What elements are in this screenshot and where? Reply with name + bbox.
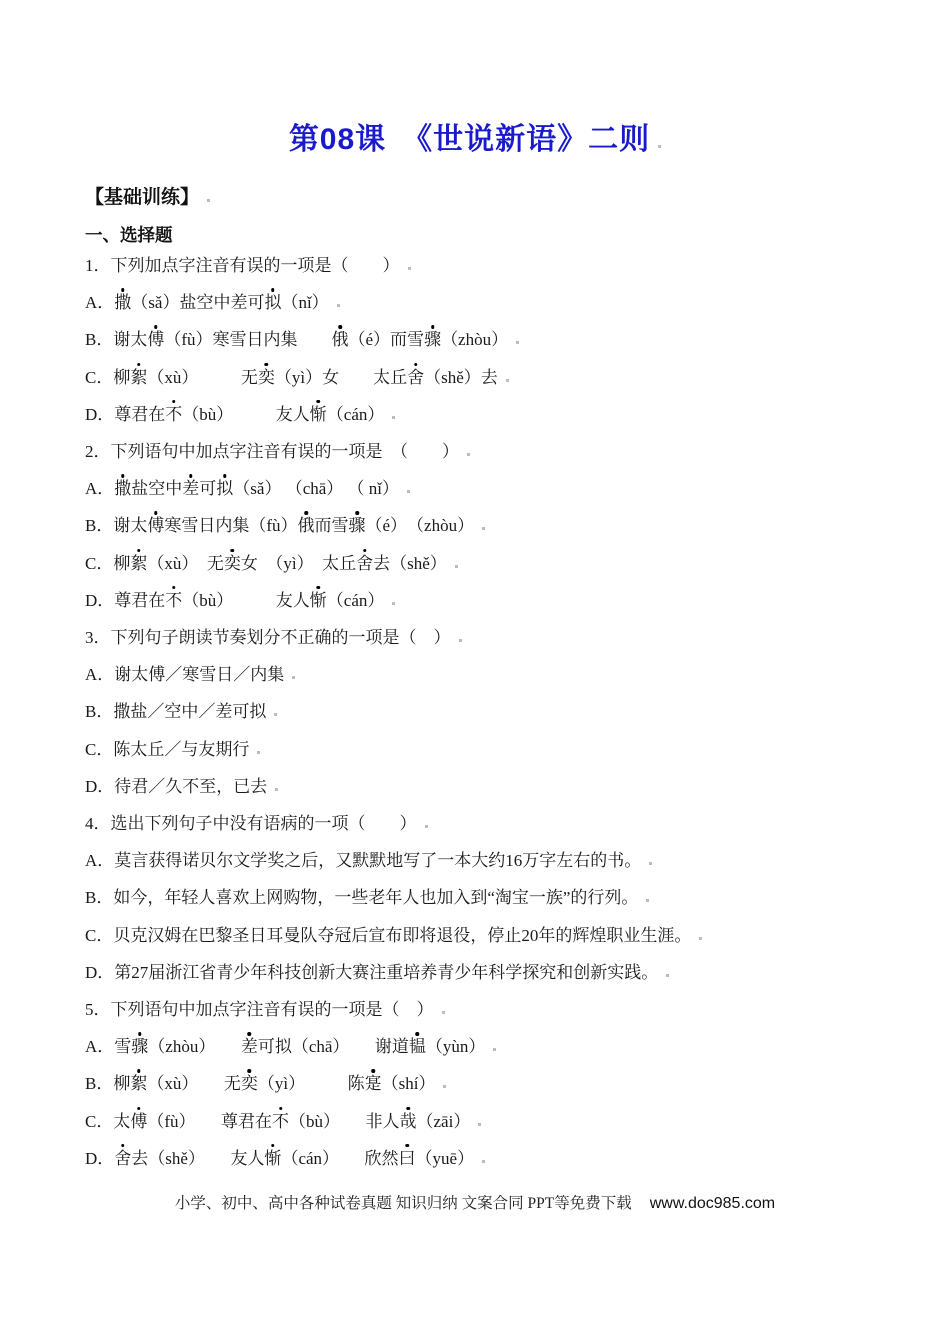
option-line: A．雪骤（zhòu） 差可拟（chā） 谢道韫（yùn）	[85, 1028, 895, 1065]
paragraph-mark	[506, 379, 509, 382]
emphasized-char: 俄	[332, 330, 349, 349]
text-segment: （zhòu）	[441, 330, 508, 349]
paragraph-mark	[658, 145, 661, 148]
paragraph-mark	[257, 751, 260, 754]
paragraph-mark	[274, 713, 277, 716]
emphasized-char: 韫	[409, 1037, 426, 1056]
text-segment: 可拟（chā） 谢道	[258, 1037, 409, 1056]
text-segment: （shí）	[382, 1074, 436, 1093]
text-segment: （bù） 非人	[289, 1112, 400, 1131]
text-segment: 而雪	[315, 516, 349, 535]
emphasized-char: 不	[272, 1112, 289, 1131]
emphasized-char: 惭	[310, 591, 327, 610]
emphasized-char: 曰	[399, 1149, 416, 1168]
question-stem: 4．选出下列句子中没有语病的一项（ ）	[85, 805, 895, 842]
option-line: C．陈太丘／与友期行	[85, 731, 895, 768]
emphasized-char: 骤	[424, 330, 441, 349]
text-segment: 寒雪日内集（fù）	[164, 516, 297, 535]
emphasized-char: 絮	[130, 368, 147, 387]
paragraph-mark	[392, 416, 395, 419]
text-segment: （zhòu）	[148, 1037, 241, 1056]
emphasized-char: 哉	[400, 1112, 417, 1131]
option-line: B．谢太傅（fù）寒雪日内集 俄（é）而雪骤（zhòu）	[85, 321, 895, 358]
paragraph-mark	[407, 490, 410, 493]
text-segment: 3．下列句子朗读节奏划分不正确的一项是（ ）	[85, 628, 451, 647]
text-segment: （nǐ）	[281, 293, 328, 312]
emphasized-char: 不	[165, 405, 182, 424]
text-segment: 女 （yì） 太丘	[241, 554, 356, 573]
emphasized-char: 奕	[258, 368, 275, 387]
emphasized-char: 舍	[114, 1149, 131, 1168]
text-segment: 5．下列语句中加点字注音有误的一项是（ ）	[85, 1000, 434, 1019]
text-segment: D．尊君在	[85, 405, 165, 424]
text-segment: A．	[85, 479, 114, 498]
text-segment: （cán）	[327, 591, 385, 610]
option-line: C．贝克汉姆在巴黎圣日耳曼队夺冠后宣布即将退役，停止20年的辉煌职业生涯。	[85, 917, 895, 954]
emphasized-char: 撒	[114, 479, 131, 498]
text-segment: 4．选出下列句子中没有语病的一项（ ）	[85, 814, 417, 833]
text-segment: （é） （zhòu）	[366, 516, 475, 535]
text-segment: D．待君／久不至，已去	[85, 777, 267, 796]
emphasized-char: 寔	[365, 1074, 382, 1093]
paragraph-mark	[455, 565, 458, 568]
text-segment: （yì）女 太丘	[275, 368, 407, 387]
paragraph-mark	[493, 1048, 496, 1051]
text-segment: 2．下列语句中加点字注音有误的一项是 （ ）	[85, 442, 459, 461]
text-segment: A．谢太傅／寒雪日／内集	[85, 665, 284, 684]
emphasized-char: 骤	[131, 1037, 148, 1056]
text-segment: D．尊君在	[85, 591, 165, 610]
option-line: D．舍去（shě） 友人惭（cán） 欣然曰（yuē）	[85, 1140, 895, 1177]
text-segment: （bù） 友人	[182, 405, 310, 424]
emphasized-char: 差	[241, 1037, 258, 1056]
paragraph-mark	[666, 974, 669, 977]
option-line: D．第27届浙江省青少年科技创新大赛注重培养青少年科学探究和创新实践。	[85, 954, 895, 991]
paragraph-mark	[467, 453, 470, 456]
text-segment: （fù） 尊君在	[147, 1112, 272, 1131]
emphasized-char: 絮	[130, 1074, 147, 1093]
emphasized-char: 傅	[147, 516, 164, 535]
question-stem: 5．下列语句中加点字注音有误的一项是（ ）	[85, 991, 895, 1028]
section-header-text: 【基础训练】	[85, 187, 199, 208]
text-segment: （é）而雪	[349, 330, 425, 349]
emphasized-char: 撒	[114, 293, 131, 312]
text-segment: （sǎ）盐空中差可	[131, 293, 264, 312]
paragraph-mark	[482, 1160, 485, 1163]
page-title-text: 第08课 《世说新语》二则	[289, 123, 650, 156]
text-segment: C．柳	[85, 368, 130, 387]
paragraph-mark	[337, 304, 340, 307]
emphasized-char: 拟	[264, 293, 281, 312]
option-line: C．柳絮（xù） 无奕（yì）女 太丘舍（shě）去	[85, 359, 895, 396]
emphasized-char: 不	[165, 591, 182, 610]
paragraph-mark	[408, 267, 411, 270]
question-block: 5．下列语句中加点字注音有误的一项是（ ）A．雪骤（zhòu） 差可拟（chā）…	[85, 991, 895, 1177]
question-stem: 2．下列语句中加点字注音有误的一项是 （ ）	[85, 433, 895, 470]
option-line: B．撒盐／空中／差可拟	[85, 693, 895, 730]
emphasized-char: 拟	[216, 479, 233, 498]
option-line: A．撒盐空中差可拟（sǎ） （chā） （ nǐ）	[85, 470, 895, 507]
footer-text: 小学、初中、高中各种试卷真题 知识归纳 文案合同 PPT等免费下载	[175, 1195, 632, 1212]
text-segment: （shě）去	[424, 368, 498, 387]
option-line: B．谢太傅寒雪日内集（fù）俄而雪骤（é） （zhòu）	[85, 507, 895, 544]
text-segment: （zāi）	[417, 1112, 471, 1131]
option-line: D．尊君在不（bù） 友人惭（cán）	[85, 582, 895, 619]
emphasized-char: 傅	[130, 1112, 147, 1131]
text-segment: A．莫言获得诺贝尔文学奖之后，又默默地写了一本大约16万字左右的书。	[85, 851, 641, 870]
option-line: A．莫言获得诺贝尔文学奖之后，又默默地写了一本大约16万字左右的书。	[85, 842, 895, 879]
footer-site-link[interactable]: www.doc985.com	[650, 1195, 775, 1212]
paragraph-mark	[646, 899, 649, 902]
text-segment: （cán）	[327, 405, 385, 424]
emphasized-char: 絮	[130, 554, 147, 573]
paragraph-mark	[699, 937, 702, 940]
option-line: B．柳絮（xù） 无奕（yì） 陈寔（shí）	[85, 1065, 895, 1102]
text-segment: （yuē）	[416, 1149, 475, 1168]
paragraph-mark	[516, 341, 519, 344]
text-segment: B．谢太	[85, 330, 147, 349]
question-block: 4．选出下列句子中没有语病的一项（ ）A．莫言获得诺贝尔文学奖之后，又默默地写了…	[85, 805, 895, 991]
paragraph-mark	[459, 639, 462, 642]
text-segment: C．柳	[85, 554, 130, 573]
paragraph-mark	[482, 527, 485, 530]
option-line: C．柳絮（xù） 无奕女 （yì） 太丘舍去（shě）	[85, 545, 895, 582]
text-segment: A．	[85, 293, 114, 312]
emphasized-char: 骤	[349, 516, 366, 535]
text-segment: （yùn）	[426, 1037, 486, 1056]
text-segment: D．	[85, 1149, 114, 1168]
page-title: 第08课 《世说新语》二则	[0, 0, 950, 159]
emphasized-char: 舍	[407, 368, 424, 387]
text-segment: （xù） 无	[147, 368, 258, 387]
footer-watermark: 小学、初中、高中各种试卷真题 知识归纳 文案合同 PPT等免费下载www.doc…	[0, 1193, 950, 1215]
emphasized-char: 舍	[356, 554, 373, 573]
text-segment: 去（shě）	[373, 554, 447, 573]
option-line: C．太傅（fù） 尊君在不（bù） 非人哉（zāi）	[85, 1103, 895, 1140]
text-segment: （bù） 友人	[182, 591, 310, 610]
text-segment: 可	[199, 479, 216, 498]
text-segment: D．第27届浙江省青少年科技创新大赛注重培养青少年科学探究和创新实践。	[85, 963, 658, 982]
text-segment: C．贝克汉姆在巴黎圣日耳曼队夺冠后宣布即将退役，停止20年的辉煌职业生涯。	[85, 926, 691, 945]
option-line: D．尊君在不（bù） 友人惭（cán）	[85, 396, 895, 433]
paragraph-mark	[392, 602, 395, 605]
text-segment: 去（shě） 友人	[131, 1149, 264, 1168]
section-header-basic-training: 【基础训练】	[85, 185, 950, 211]
text-segment: （yì） 陈	[258, 1074, 365, 1093]
paragraph-mark	[478, 1123, 481, 1126]
paragraph-mark	[649, 862, 652, 865]
text-segment: 盐空中	[131, 479, 182, 498]
text-segment: 1．下列加点字注音有误的一项是（ ）	[85, 256, 400, 275]
subsection-header-choice-questions: 一、选择题	[85, 223, 950, 247]
text-segment: （xù） 无	[147, 554, 224, 573]
question-block: 1．下列加点字注音有误的一项是（ ）A．撒（sǎ）盐空中差可拟（nǐ）B．谢太傅…	[85, 247, 895, 433]
text-segment: （xù） 无	[147, 1074, 241, 1093]
paragraph-mark	[207, 199, 210, 202]
question-stem: 1．下列加点字注音有误的一项是（ ）	[85, 247, 895, 284]
text-segment: （sǎ） （chā） （ nǐ）	[233, 479, 399, 498]
subsection-header-text: 一、选择题	[85, 225, 173, 245]
question-block: 2．下列语句中加点字注音有误的一项是 （ ）A．撒盐空中差可拟（sǎ） （chā…	[85, 433, 895, 619]
emphasized-char: 惭	[264, 1149, 281, 1168]
emphasized-char: 差	[182, 479, 199, 498]
question-block: 3．下列句子朗读节奏划分不正确的一项是（ ）A．谢太傅／寒雪日／内集B．撒盐／空…	[85, 619, 895, 805]
question-stem: 3．下列句子朗读节奏划分不正确的一项是（ ）	[85, 619, 895, 656]
option-line: B．如今，年轻人喜欢上网购物，一些老年人也加入到“淘宝一族”的行列。	[85, 879, 895, 916]
questions-list: 1．下列加点字注音有误的一项是（ ）A．撒（sǎ）盐空中差可拟（nǐ）B．谢太傅…	[85, 247, 895, 1177]
option-line: D．待君／久不至，已去	[85, 768, 895, 805]
text-segment: B．撒盐／空中／差可拟	[85, 702, 266, 721]
text-segment: （cán） 欣然	[281, 1149, 398, 1168]
emphasized-char: 俄	[298, 516, 315, 535]
emphasized-char: 惭	[310, 405, 327, 424]
text-segment: C．陈太丘／与友期行	[85, 740, 249, 759]
text-segment: A．雪	[85, 1037, 131, 1056]
text-segment: B．谢太	[85, 516, 147, 535]
text-segment: B．如今，年轻人喜欢上网购物，一些老年人也加入到“淘宝一族”的行列。	[85, 888, 638, 907]
paragraph-mark	[292, 676, 295, 679]
text-segment: （fù）寒雪日内集	[164, 330, 331, 349]
emphasized-char: 奕	[241, 1074, 258, 1093]
paragraph-mark	[443, 1085, 446, 1088]
paragraph-mark	[275, 788, 278, 791]
emphasized-char: 傅	[147, 330, 164, 349]
text-segment: C．太	[85, 1112, 130, 1131]
emphasized-char: 奕	[224, 554, 241, 573]
worksheet-page: 第08课 《世说新语》二则 【基础训练】 一、选择题 1．下列加点字注音有误的一…	[0, 0, 950, 1344]
paragraph-mark	[425, 825, 428, 828]
text-segment: B．柳	[85, 1074, 130, 1093]
paragraph-mark	[442, 1011, 445, 1014]
option-line: A．谢太傅／寒雪日／内集	[85, 656, 895, 693]
option-line: A．撒（sǎ）盐空中差可拟（nǐ）	[85, 284, 895, 321]
